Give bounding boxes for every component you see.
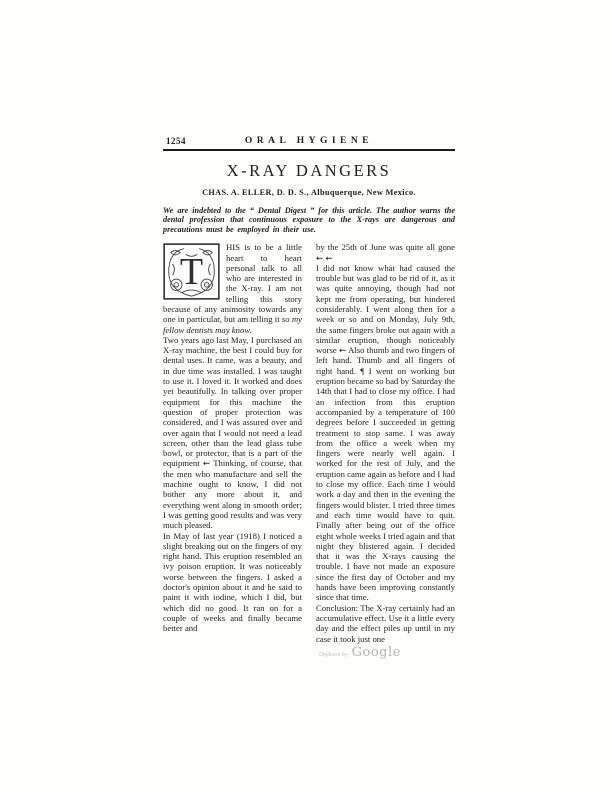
dropcap-woodcut-art: T	[163, 243, 220, 300]
paragraph: I did not know what had caused the troub…	[316, 263, 455, 603]
google-logo: Google	[352, 645, 401, 660]
google-watermark: Digitized by Google	[285, 643, 435, 661]
journal-title: ORAL HYGIENE	[163, 136, 455, 146]
article-title: X-RAY DANGERS	[163, 161, 455, 181]
dropcap-ornament: T	[163, 243, 220, 300]
paragraph: Conclusion: The X-ray certainly had an a…	[316, 603, 455, 644]
watermark-prefix: Digitized by	[319, 652, 347, 658]
paragraph: In May of last year (1918) I noticed a s…	[163, 531, 302, 634]
page-content: 1254 ORAL HYGIENE X-RAY DANGERS CHAS. A.…	[163, 136, 455, 644]
dropcap-letter: T	[180, 251, 203, 293]
paragraph: T HIS is to be a little heart to heart p…	[163, 242, 302, 335]
paragraph: by the 25th of June was quite all gone ⇜…	[316, 242, 455, 263]
paragraph-lead-caps: HIS	[226, 242, 240, 252]
running-head: 1254 ORAL HYGIENE	[163, 136, 455, 151]
article-byline: CHAS. A. ELLER, D. D. S., Albuquerque, N…	[163, 188, 455, 197]
scanned-page: 1254 ORAL HYGIENE X-RAY DANGERS CHAS. A.…	[0, 0, 612, 792]
column-left: T HIS is to be a little heart to heart p…	[163, 242, 302, 644]
editor-note: We are indebted to the “ Dental Digest ”…	[163, 206, 455, 234]
article-columns: T HIS is to be a little heart to heart p…	[163, 242, 455, 644]
column-right: by the 25th of June was quite all gone ⇜…	[316, 242, 455, 644]
paragraph: Two years ago last May, I purchased an X…	[163, 335, 302, 531]
